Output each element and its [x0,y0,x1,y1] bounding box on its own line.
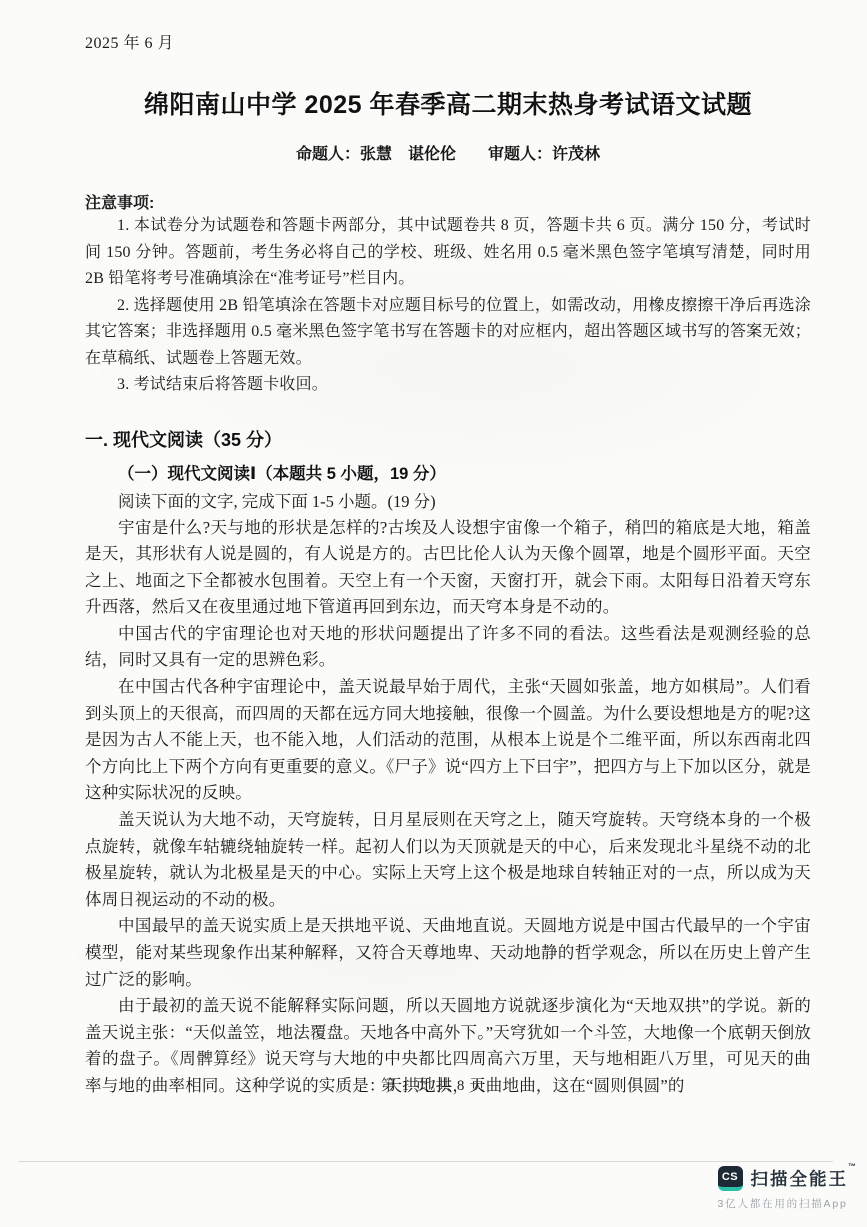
trademark-symbol: ™ [848,1162,858,1171]
passage-instruction: 阅读下面的文字, 完成下面 1-5 小题。(19 分) [85,488,811,515]
document-date: 2025 年 6 月 [85,0,811,53]
reading-passage: 宇宙是什么?天与地的形状是怎样的?古埃及人设想宇宙像一个箱子，稍凹的箱底是大地，… [85,515,811,1100]
page-number: 第 1 页/共 8 页 [0,1074,867,1095]
passage-paragraph-4: 盖天说认为大地不动，天穹旋转，日月星辰则在天穹之上，随天穹旋转。天穹绕本身的一个… [85,807,811,913]
passage-paragraph-3: 在中国古代各种宇宙理论中，盖天说最早始于周代，主张“天圆如张盖，地方如棋局”。人… [85,674,811,807]
watermark-row: CS 扫描全能王™ [718,1166,859,1191]
passage-paragraph-5: 中国最早的盖天说实质上是天拱地平说、天曲地直说。天圆地方说是中国古代最早的一个宇… [85,913,811,993]
notice-item-2: 2. 选择题使用 2B 铅笔填涂在答题卡对应题目标号的位置上，如需改动，用橡皮擦… [85,293,811,373]
passage-paragraph-2: 中国古代的宇宙理论也对天地的形状问题提出了许多不同的看法。这些看法是观测经验的总… [85,621,811,674]
section-title: 一. 现代文阅读（35 分） [85,426,811,452]
watermark-divider [18,1161,833,1162]
notice-item-1: 1. 本试卷分为试题卷和答题卡两部分，其中试题卷共 8 页，答题卡共 6 页。满… [85,213,811,293]
camscanner-icon-letters: CS [722,1171,738,1183]
notice-item-3: 3. 考试结束后将答题卡收回。 [85,372,811,399]
watermark-app-name: 扫描全能王™ [751,1166,859,1191]
exam-paper-page: 2025 年 6 月 绵阳南山中学 2025 年春季高二期末热身考试语文试题 命… [0,0,867,1227]
watermark-tagline: 3亿人都在用的扫描App [718,1196,859,1211]
subsection-title: （一）现代文阅读Ⅰ（本题共 5 小题，19 分） [85,461,811,488]
notice-section: 注意事项: 1. 本试卷分为试题卷和答题卡两部分，其中试题卷共 8 页，答题卡共… [85,190,811,399]
page-title: 绵阳南山中学 2025 年春季高二期末热身考试语文试题 [85,85,811,121]
camscanner-watermark: CS 扫描全能王™ 3亿人都在用的扫描App [718,1166,859,1211]
camscanner-app-icon: CS [718,1166,743,1191]
page-content: 2025 年 6 月 绵阳南山中学 2025 年春季高二期末热身考试语文试题 命… [85,0,811,1100]
exam-setters-line: 命题人：张慧 谌伦伦 审题人：许茂林 [85,141,811,164]
passage-paragraph-1: 宇宙是什么?天与地的形状是怎样的?古埃及人设想宇宙像一个箱子，稍凹的箱底是大地，… [85,515,811,621]
notice-heading: 注意事项: [85,190,811,213]
